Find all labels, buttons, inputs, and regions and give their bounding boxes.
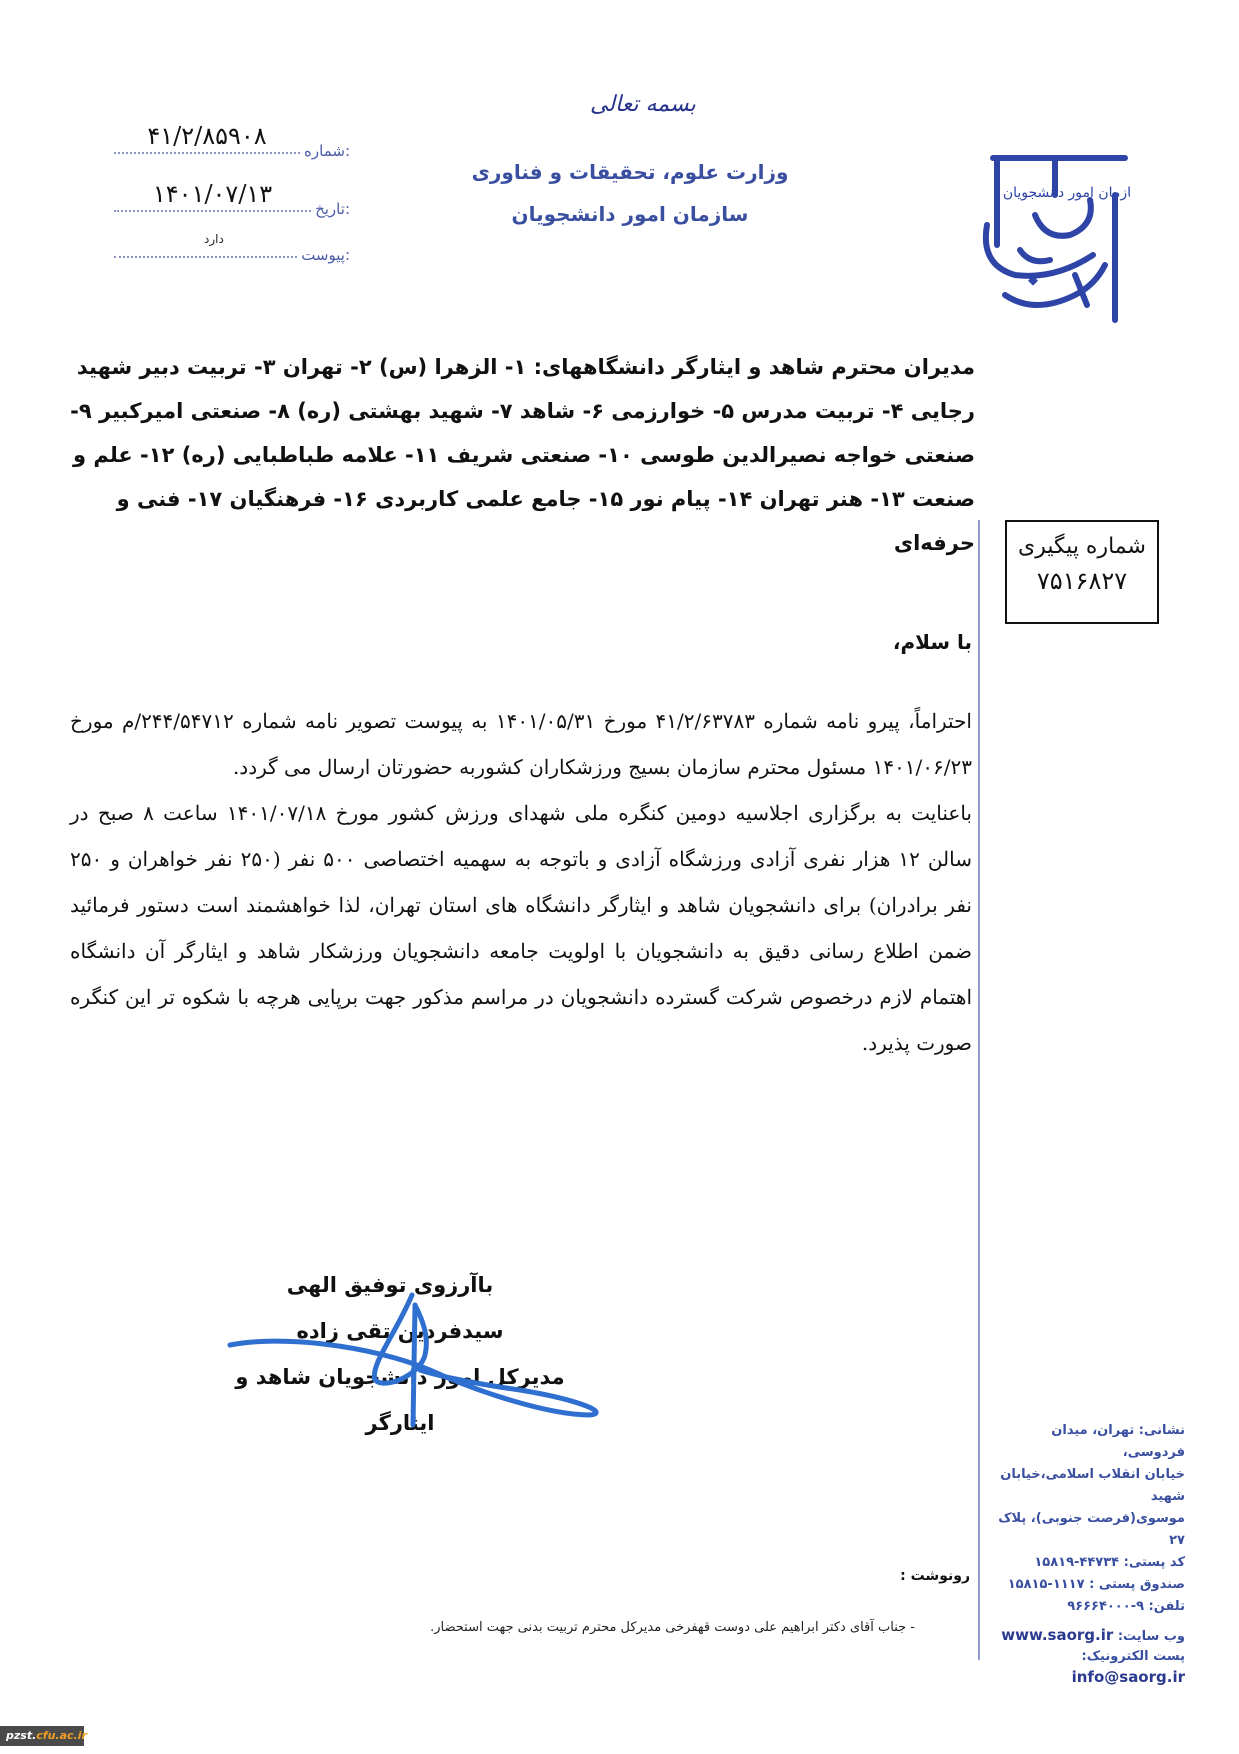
source-watermark: pzst.cfu.ac.ir [0,1726,84,1746]
tracking-number-box: شماره پیگیری ۷۵۱۶۸۲۷ [1005,520,1159,624]
letter-number-field: ۴۱/۲/۸۵۹۰۸ [114,152,300,154]
cc-item: - جناب آقای دکتر ابراهیم علی دوست قهفرخی… [360,1620,915,1635]
phone-line: تلفن: ۹-۹۶۶۶۴۰۰۰ [985,1596,1185,1618]
organization-logo-icon: سازمان امور دانشجویان [975,155,1130,330]
address-line: نشانی: تهران، میدان فردوسی، [985,1420,1185,1464]
letter-date-label: تاریخ: [315,200,350,218]
handwritten-signature-icon [220,1275,600,1435]
address-line: موسوی(فرصت جنوبی)، پلاک ۲۷ [985,1508,1185,1552]
website-row: وب سایت: www.saorg.ir [985,1625,1185,1647]
letter-number-value: ۴۱/۲/۸۵۹۰۸ [114,122,300,150]
email-row: پست الکترونیک: info@saorg.ir [985,1647,1185,1689]
address-line: خیابان انقلاب اسلامی،خیابان شهید [985,1464,1185,1508]
letter-attachment-value: دارد [204,232,224,246]
letter-attachment-field: دارد [114,256,297,258]
email-link[interactable]: info@saorg.ir [1072,1668,1185,1686]
body-paragraph-2: باعنایت به برگزاری اجلاسیه دومین کنگره م… [70,790,972,1066]
website-link[interactable]: www.saorg.ir [1001,1626,1113,1644]
footer-contact: وب سایت: www.saorg.ir پست الکترونیک: inf… [985,1625,1185,1689]
organization-name: سازمان امور دانشجویان [470,202,790,226]
postal-code-line: کد پستی: ۴۴۷۳۴-۱۵۸۱۹ [985,1552,1185,1574]
watermark-domain: cfu.ac.ir [36,1729,87,1742]
footer-divider [978,520,980,1660]
cc-label: رونوشت : [880,1568,970,1584]
svg-text:سازمان امور دانشجویان: سازمان امور دانشجویان [1003,185,1130,201]
letter-attachment-row: پیوست: دارد [110,232,350,264]
tracking-number: ۷۵۱۶۸۲۷ [1007,567,1157,595]
body-paragraph-1: احتراماً، پیرو نامه شماره ۴۱/۲/۶۳۷۸۳ مور… [70,698,972,790]
email-label: پست الکترونیک: [1082,1649,1185,1664]
letter-date-value: ۱۴۰۱/۰۷/۱۳ [114,180,311,208]
letter-date-field: ۱۴۰۱/۰۷/۱۳ [114,210,311,212]
tracking-label: شماره پیگیری [1007,534,1157,559]
watermark-prefix: pzst. [6,1729,36,1742]
bismillah-heading: بسمه تعالی [590,92,696,117]
letter-attachment-label: پیوست: [301,246,350,264]
website-label: وب سایت: [1118,1629,1185,1644]
letter-body: احتراماً، پیرو نامه شماره ۴۱/۲/۶۳۷۸۳ مور… [70,698,972,1066]
addressee-list: مدیران محترم شاهد و ایثارگر دانشگاههای: … [70,345,975,565]
letter-number-label: شماره: [304,142,350,160]
footer-address: نشانی: تهران، میدان فردوسی، خیابان انقلا… [985,1420,1185,1618]
salutation: با سلام، [800,630,972,654]
letter-date-row: تاریخ: ۱۴۰۱/۰۷/۱۳ [110,186,350,218]
po-box-line: صندوق پستی : ۱۱۱۷-۱۵۸۱۵ [985,1574,1185,1596]
letter-number-row: شماره: ۴۱/۲/۸۵۹۰۸ [110,128,350,160]
ministry-name: وزارت علوم، تحقیقات و فناوری [470,160,790,184]
